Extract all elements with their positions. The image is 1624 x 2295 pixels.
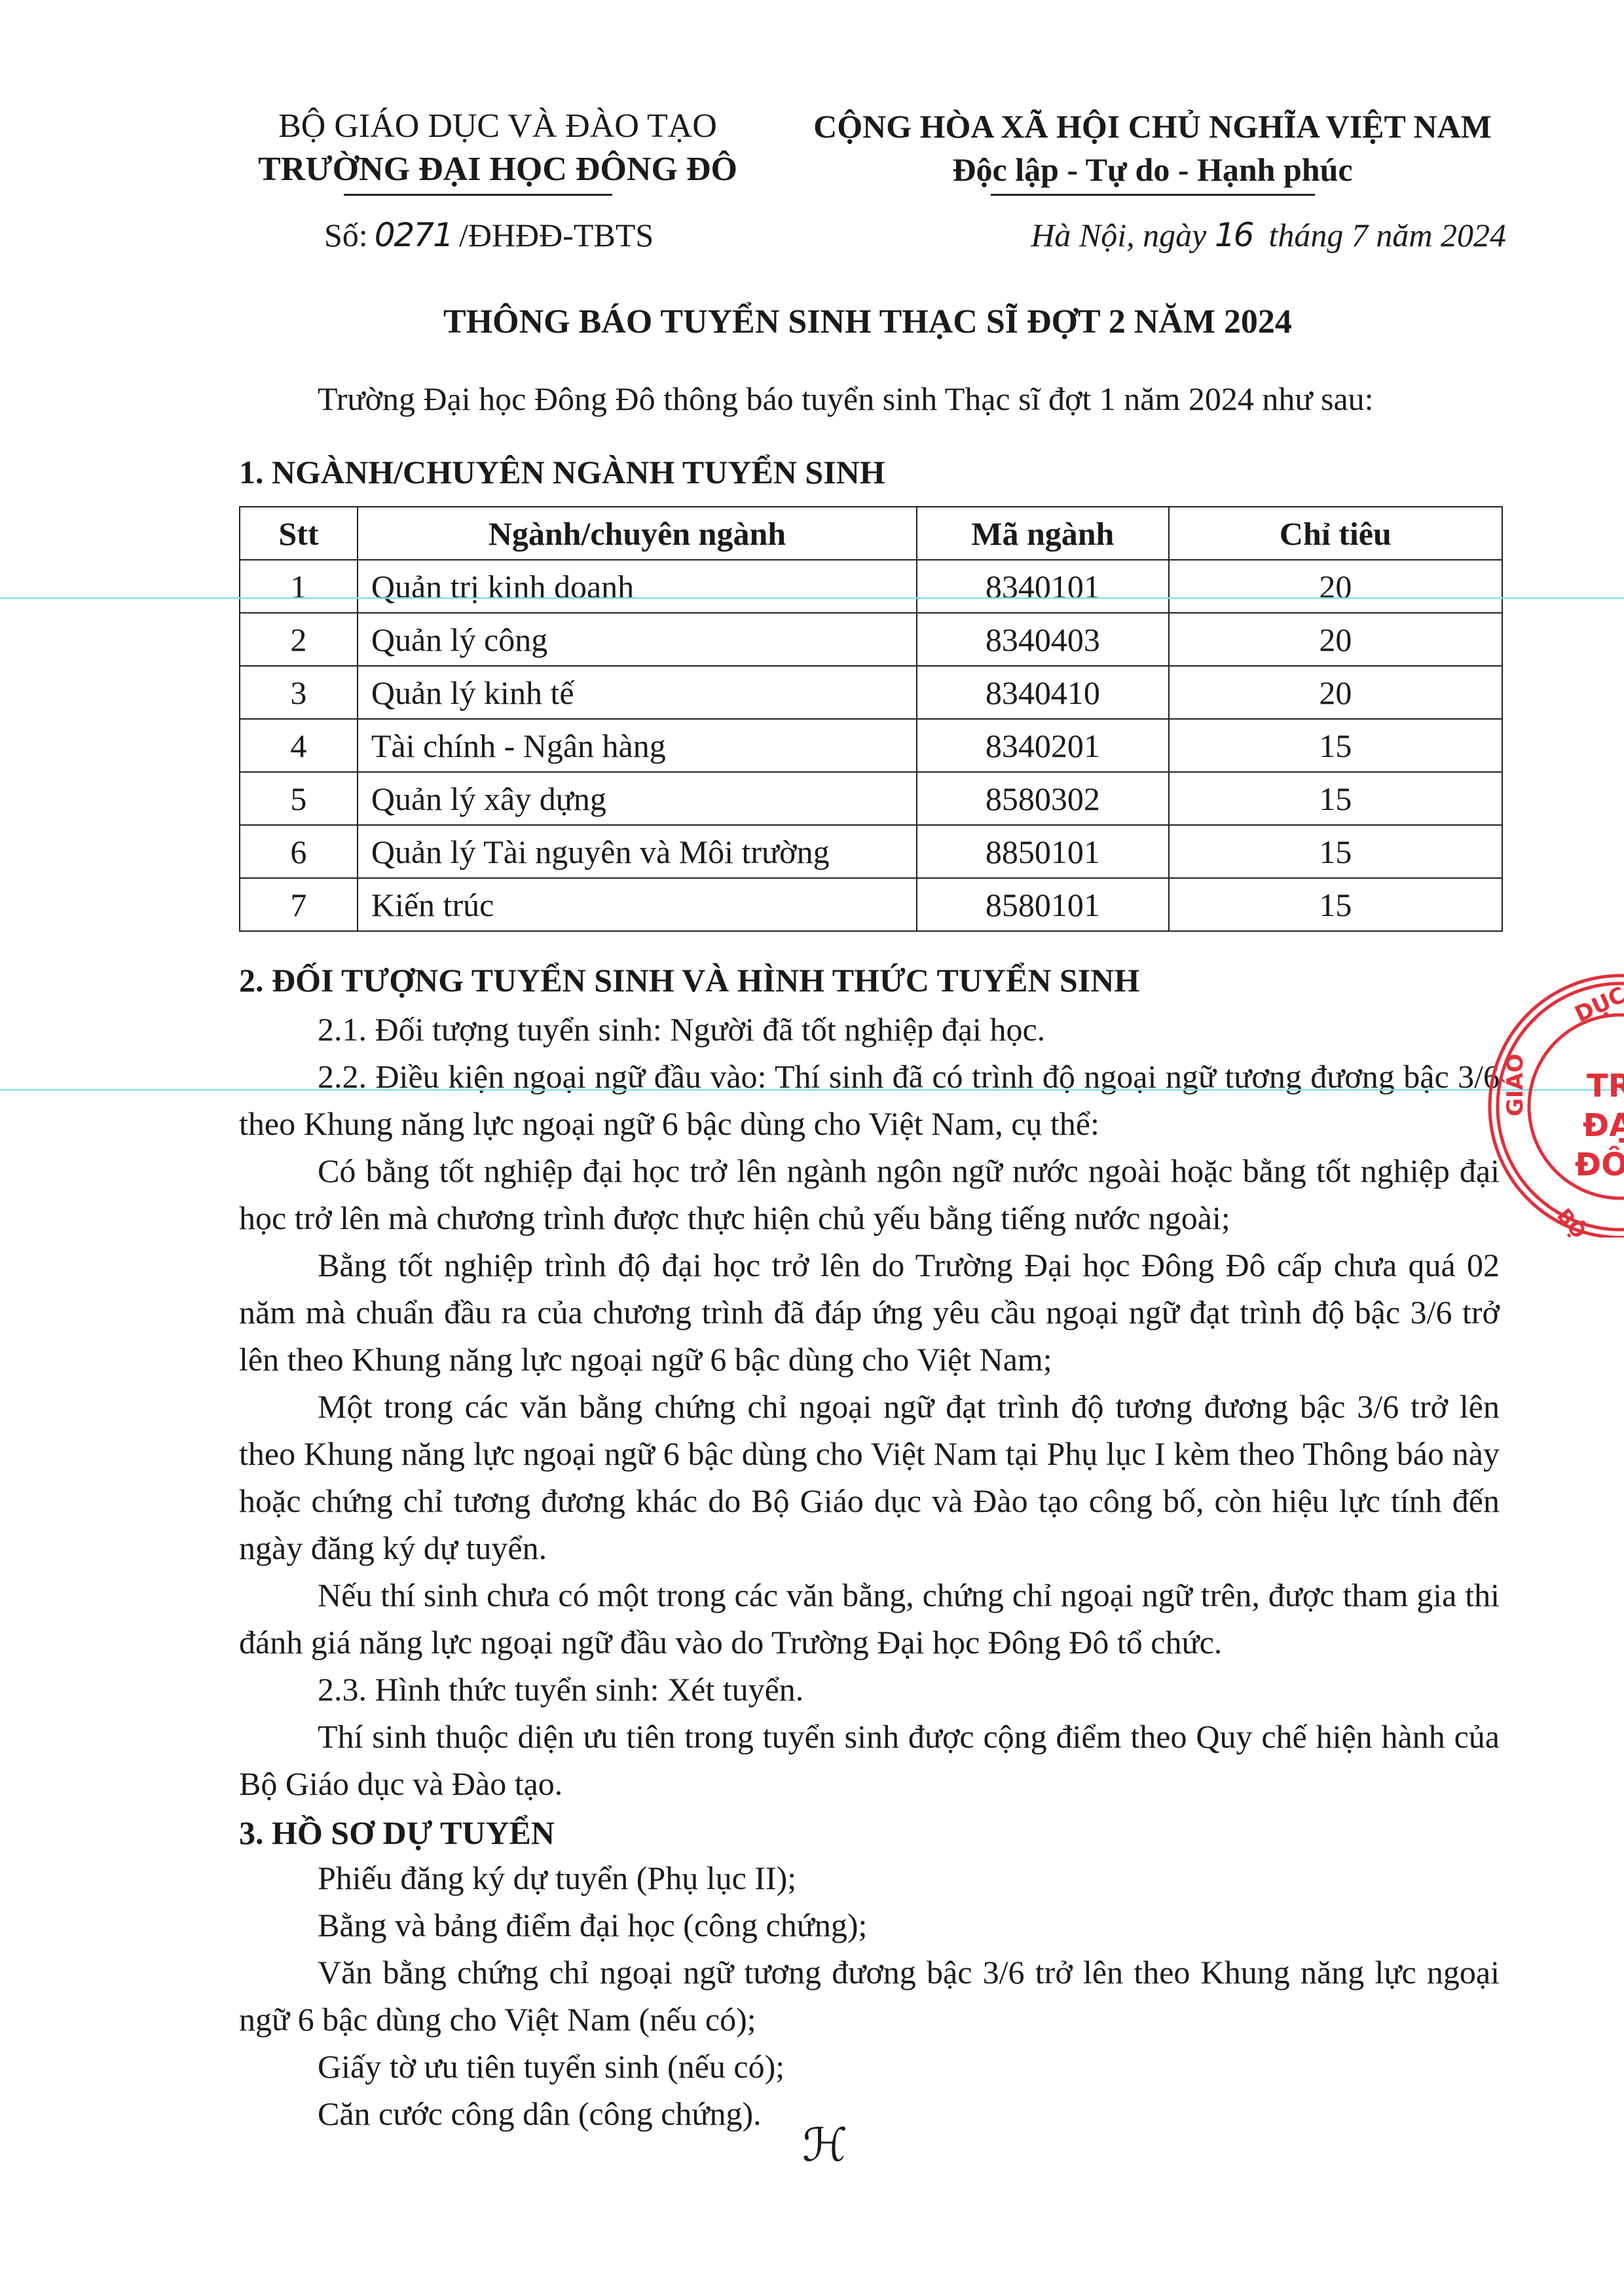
scan-artifact-line	[0, 597, 1624, 599]
row-major-code: 8580302	[917, 772, 1169, 825]
table-row: 4Tài chính - Ngân hàng834020115	[240, 719, 1502, 772]
svg-text:GIÁO: GIÁO	[1502, 1054, 1528, 1116]
table-row: 3Quản lý kinh tế834041020	[240, 666, 1502, 719]
doc-number-suffix: /ĐHĐĐ-TBTS	[459, 217, 654, 253]
col-header-code: Mã ngành	[917, 507, 1169, 560]
paragraph-condition-b: Bằng tốt nghiệp trình độ đại học trở lên…	[239, 1241, 1500, 1383]
date-prefix: Hà Nội, ngày	[1031, 217, 1206, 253]
ministry-name: BỘ GIÁO DỤC VÀ ĐÀO TẠO	[242, 105, 753, 148]
dossier-item: Căn cước công dân (công chứng).	[239, 2090, 1500, 2137]
table-row: 7Kiến trúc858010115	[240, 878, 1502, 931]
dossier-item: Giấy tờ ưu tiên tuyển sinh (nếu có);	[239, 2043, 1500, 2090]
motto-underline	[991, 194, 1315, 196]
row-major-code: 8580101	[917, 878, 1169, 931]
doc-number-prefix: Số:	[324, 217, 368, 253]
svg-text:ĐÔNG ĐÔ: ĐÔNG ĐÔ	[1575, 1146, 1624, 1183]
row-major-code: 8340101	[917, 560, 1169, 613]
row-stt: 1	[240, 560, 358, 613]
row-stt: 4	[240, 719, 358, 772]
date-day-handwritten: 16	[1215, 216, 1253, 254]
row-major-code: 8340410	[917, 666, 1169, 719]
handwritten-initials: ℋ	[802, 2118, 847, 2172]
majors-table: Stt Ngành/chuyên ngành Mã ngành Chỉ tiêu…	[239, 506, 1503, 932]
row-major-name: Tài chính - Ngân hàng	[358, 719, 917, 772]
row-quota: 15	[1169, 772, 1502, 825]
scan-artifact-line	[0, 1089, 1624, 1091]
dossier-item: Văn bằng chứng chỉ ngoại ngữ tương đương…	[239, 1949, 1500, 2043]
table-row: 6Quản lý Tài nguyên và Môi trường8850101…	[240, 825, 1502, 878]
row-major-name: Quản lý công	[358, 613, 917, 666]
school-underline	[344, 194, 612, 196]
paragraph-condition-d: Nếu thí sinh chưa có một trong các văn b…	[239, 1571, 1500, 1666]
col-header-quota: Chỉ tiêu	[1169, 507, 1502, 560]
row-stt: 3	[240, 666, 358, 719]
row-major-name: Quản lý kinh tế	[358, 666, 917, 719]
table-row: 2Quản lý công834040320	[240, 613, 1502, 666]
row-major-name: Quản lý xây dựng	[358, 772, 917, 825]
row-stt: 6	[240, 825, 358, 878]
intro-paragraph: Trường Đại học Đông Đô thông báo tuyển s…	[318, 380, 1374, 418]
svg-text:TRƯỜNG: TRƯỜNG	[1587, 1067, 1624, 1105]
dossier-item: Bằng và bảng điểm đại học (công chứng);	[239, 1901, 1500, 1949]
row-stt: 5	[240, 772, 358, 825]
row-major-name: Quản trị kinh doanh	[358, 560, 917, 613]
paragraph-2-1: 2.1. Đối tượng tuyển sinh: Người đã tốt …	[239, 1006, 1500, 1053]
row-quota: 20	[1169, 560, 1502, 613]
row-major-code: 8340403	[917, 613, 1169, 666]
svg-text:BỘ: BỘ	[1552, 1203, 1591, 1238]
document-number: Số:0271/ĐHĐĐ-TBTS	[324, 216, 654, 254]
row-major-name: Kiến trúc	[358, 878, 917, 931]
row-quota: 20	[1169, 613, 1502, 666]
row-quota: 15	[1169, 719, 1502, 772]
document-date: Hà Nội, ngày 16 tháng 7 năm 2024	[1031, 216, 1506, 254]
row-major-code: 8340201	[917, 719, 1169, 772]
svg-text:DỤC: DỤC	[1571, 982, 1624, 1027]
paragraph-priority: Thí sinh thuộc diện ưu tiên trong tuyển …	[239, 1713, 1500, 1807]
issuer-block: BỘ GIÁO DỤC VÀ ĐÀO TẠO TRƯỜNG ĐẠI HỌC ĐÔ…	[242, 105, 753, 196]
row-major-code: 8850101	[917, 825, 1169, 878]
section-2-heading: 2. ĐỐI TƯỢNG TUYỂN SINH VÀ HÌNH THỨC TUY…	[239, 961, 1139, 999]
svg-text:ĐẠI HỌC: ĐẠI HỌC	[1583, 1107, 1624, 1144]
official-stamp: GIÁO DỤC BỘ TRƯỜNG ĐẠI HỌC ĐÔNG ĐÔ ★	[1470, 963, 1624, 1238]
paragraph-condition-a: Có bằng tốt nghiệp đại học trở lên ngành…	[239, 1147, 1500, 1241]
table-header-row: Stt Ngành/chuyên ngành Mã ngành Chỉ tiêu	[240, 507, 1502, 560]
row-quota: 20	[1169, 666, 1502, 719]
table-row: 1Quản trị kinh doanh834010120	[240, 560, 1502, 613]
stamp-seal-icon: GIÁO DỤC BỘ TRƯỜNG ĐẠI HỌC ĐÔNG ĐÔ ★	[1470, 963, 1624, 1238]
country-name: CỘNG HÒA XÃ HỘI CHỦ NGHĨA VIỆT NAM	[779, 105, 1526, 148]
doc-number-handwritten: 0271	[375, 216, 452, 254]
national-motto-block: CỘNG HÒA XÃ HỘI CHỦ NGHĨA VIỆT NAM Độc l…	[779, 105, 1526, 196]
school-name: TRƯỜNG ĐẠI HỌC ĐÔNG ĐÔ	[242, 148, 753, 191]
table-row: 5Quản lý xây dựng858030215	[240, 772, 1502, 825]
section-3-heading: 3. HỒ SƠ DỰ TUYỂN	[239, 1814, 555, 1852]
paragraph-2-2: 2.2. Điều kiện ngoại ngữ đầu vào: Thí si…	[239, 1053, 1500, 1147]
paragraph-condition-c: Một trong các văn bằng chứng chỉ ngoại n…	[239, 1383, 1500, 1571]
document-title: THÔNG BÁO TUYỂN SINH THẠC SĨ ĐỢT 2 NĂM 2…	[0, 303, 1624, 341]
section-1-heading: 1. NGÀNH/CHUYÊN NGÀNH TUYỂN SINH	[239, 453, 885, 491]
row-quota: 15	[1169, 878, 1502, 931]
date-suffix: tháng 7 năm 2024	[1269, 217, 1507, 253]
motto: Độc lập - Tự do - Hạnh phúc	[779, 148, 1526, 191]
row-quota: 15	[1169, 825, 1502, 878]
row-stt: 7	[240, 878, 358, 931]
col-header-stt: Stt	[240, 507, 358, 560]
col-header-major: Ngành/chuyên ngành	[358, 507, 917, 560]
dossier-item: Phiếu đăng ký dự tuyển (Phụ lục II);	[239, 1854, 1500, 1901]
paragraph-2-3: 2.3. Hình thức tuyển sinh: Xét tuyển.	[239, 1666, 1500, 1713]
row-stt: 2	[240, 613, 358, 666]
row-major-name: Quản lý Tài nguyên và Môi trường	[358, 825, 917, 878]
